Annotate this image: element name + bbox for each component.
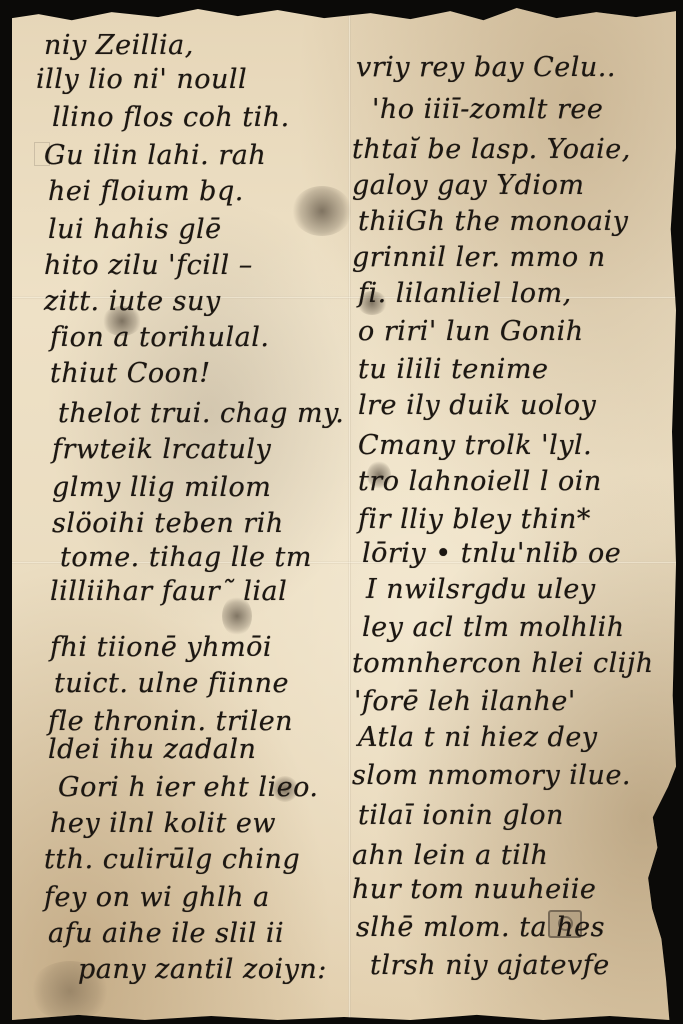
- handwritten-line: fhi tiionē yhmōi: [50, 632, 272, 664]
- handwritten-line: tro lahnoiell l oin: [358, 466, 602, 498]
- handwritten-line: frwteik lrcatuly: [52, 434, 271, 466]
- aged-letter-paper: niy Zeillia, illy lio ni' noull llino fl…: [12, 6, 676, 1020]
- document-stage: niy Zeillia, illy lio ni' noull llino fl…: [0, 0, 683, 1024]
- handwritten-line: ley acl tlm molhlih: [362, 612, 625, 644]
- handwritten-line: tomnhercon hlei clijh: [352, 648, 654, 680]
- handwritten-line: Gori h ier eht lieo.: [58, 772, 318, 804]
- handwritten-line: galoy gay Ydiom: [352, 170, 584, 202]
- handwritten-line: o riri' lun Gonih: [358, 316, 584, 348]
- handwritten-line: llino flos coh tih.: [52, 102, 290, 134]
- handwritten-line: grinnil ler. mmo n: [352, 242, 606, 274]
- handwritten-line: lilliihar faur˜ lial: [50, 576, 287, 608]
- handwritten-line: lui hahis glē: [48, 214, 222, 246]
- handwritten-line: tuict. ulne fiinne: [54, 668, 289, 700]
- handwritten-line: lōriy • tnlu'nlib oe: [362, 538, 621, 570]
- handwritten-line: lre ily duik uoloy: [358, 390, 596, 422]
- handwritten-line: afu aihe ile slil ii: [48, 918, 284, 950]
- handwritten-line: tilaī ionin glon: [358, 800, 564, 832]
- handwritten-line: fi. lilanliel lom,: [358, 278, 572, 310]
- handwritten-line: thiiGh the monoaiy: [358, 206, 628, 238]
- handwritten-line: ahn lein a tilh: [352, 840, 548, 872]
- handwritten-line: illy lio ni' noull: [36, 64, 247, 96]
- handwritten-line: vriy rey bay Celu..: [356, 52, 616, 84]
- handwritten-line: ldei ihu zadaln: [48, 734, 256, 766]
- handwritten-line: tlrsh niy ajatevfe: [370, 950, 610, 982]
- handwritten-line: slöoihi teben rih: [52, 508, 284, 540]
- handwritten-line: Atla t ni hiez dey: [358, 722, 598, 754]
- handwritten-line: hei floium bq.: [48, 176, 244, 208]
- handwritten-line: hito zilu 'fcill –: [44, 250, 253, 282]
- handwritten-line: 'forē leh ilanhe': [354, 686, 576, 718]
- handwritten-line: hur tom nuuheiie: [352, 874, 596, 906]
- handwritten-line: slhē mlom. ta hes: [356, 912, 605, 944]
- handwritten-line: fey on wi ghlh a: [44, 882, 270, 914]
- handwritten-line: hey ilnl kolit ew: [50, 808, 276, 840]
- handwritten-line: glmy llig milom: [52, 472, 271, 504]
- handwritten-line: thtaĭ be lasp. Yoaie,: [352, 134, 631, 166]
- handwritten-line: tth. culirūlg ching: [44, 844, 300, 876]
- handwritten-line: tu ilili tenime: [358, 354, 549, 386]
- handwritten-line: zitt. iute suy: [44, 286, 221, 318]
- handwritten-line: pany zantil zoiyn:: [78, 954, 327, 986]
- handwritten-line: slom nmomory ilue.: [352, 760, 631, 792]
- handwritten-line: Cmany trolk 'lyl.: [358, 430, 592, 462]
- vertical-fold-crease: [348, 16, 351, 1020]
- handwritten-line: tome. tihag lle tm: [60, 542, 312, 574]
- handwritten-line: niy Zeillia,: [44, 30, 194, 62]
- ink-smudge: [292, 186, 352, 236]
- handwritten-line: 'ho iiiī-zomlt ree: [372, 94, 603, 126]
- handwritten-line: thiut Coon!: [50, 358, 211, 390]
- handwritten-line: fion a torihulal.: [50, 322, 269, 354]
- handwritten-line: I nwilsrgdu uley: [366, 574, 596, 606]
- handwritten-line: thelot trui. chag my.: [58, 398, 344, 430]
- handwritten-line: Gu ilin lahi. rah: [44, 140, 266, 172]
- handwritten-line: fir lliy bley thin*: [358, 504, 591, 536]
